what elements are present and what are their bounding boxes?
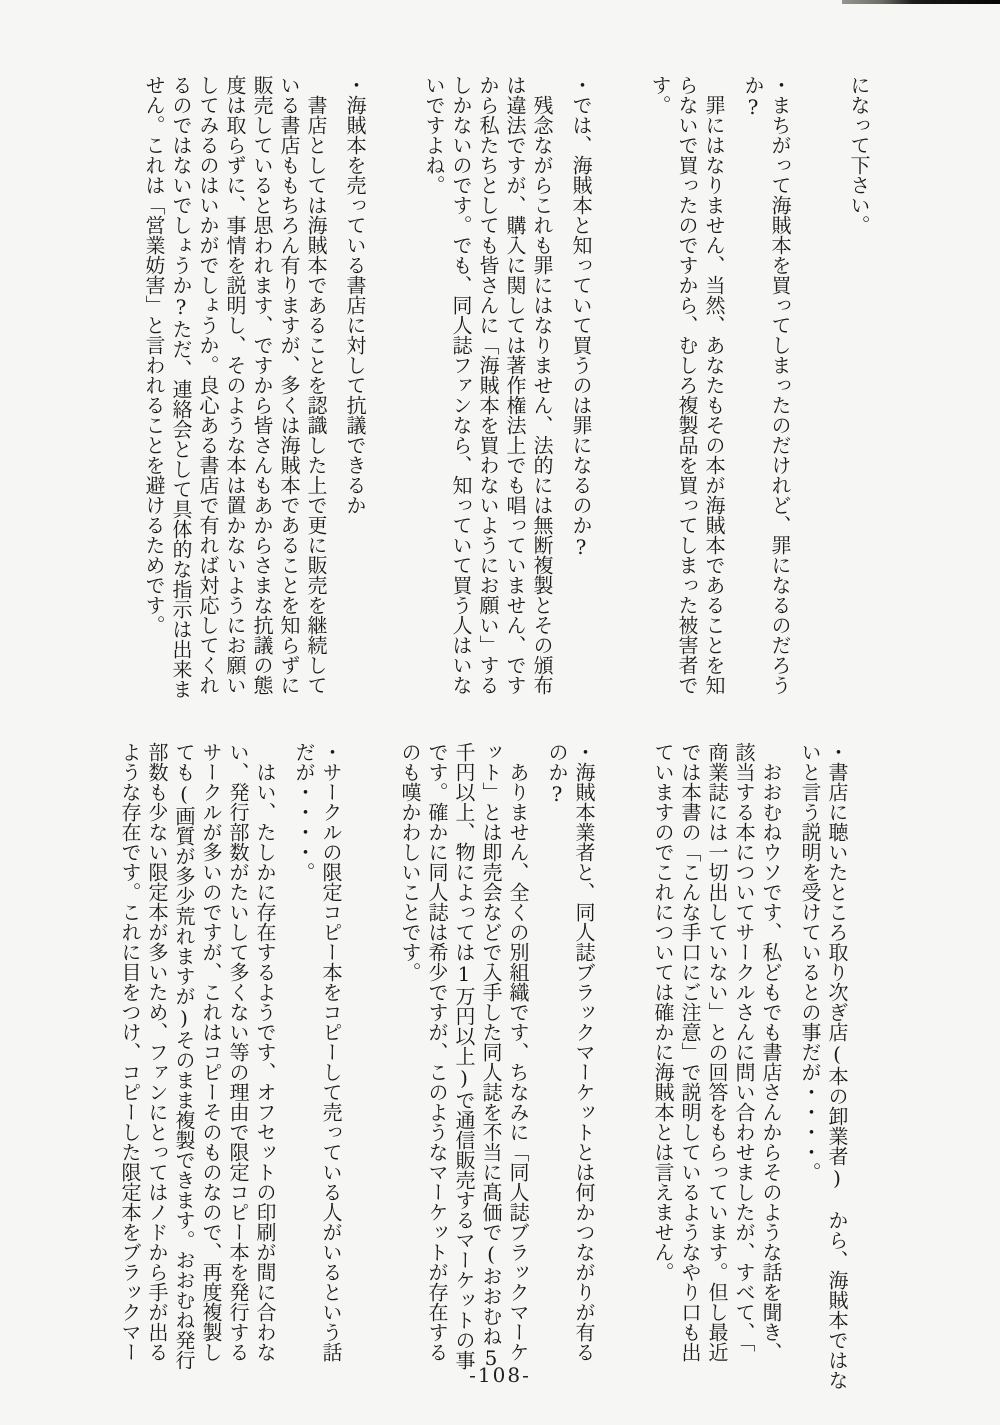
text-column: おおむねウソです、私どもでも書店さんからそのような話を聞き、 [757, 742, 784, 1390]
scan-artifact-bar [842, 0, 1000, 4]
question: ・海賊本を売っている書店に対して抗議できるか [341, 75, 368, 699]
text-column: 残念ながらこれも罪にはなりません、法的には無断複製とその頒布 [528, 75, 555, 699]
text-column: ような存在です。これに目をつけ、コピーした限定本をブラックマー [116, 742, 143, 1390]
text-column: いる書店ももちろん有りますが、多くは海賊本であることを知らずに [275, 75, 302, 699]
text-column: 販売していると思われます、ですから皆さんもあからさまな抗議の態 [248, 75, 275, 699]
question: ・まちがって海賊本を買ってしまったのだけれど、罪になるのだろうか? [739, 75, 793, 699]
text-column: ・海賊本を売っている書店に対して抗議できるか [341, 75, 368, 699]
text-column: 商業誌には一切出していない」との回答をもらっています。但し最近 [703, 742, 730, 1390]
text-column: のも嘆かわしいことです。 [396, 742, 423, 1390]
text-column: ット」とは即売会などで入手した同人誌を不当に髙価で(おおむね5 [477, 742, 504, 1390]
text-column: ありません、全くの別組織です、ちなみに「同人誌ブラックマーケ [504, 742, 531, 1390]
text-column: ・海賊本業者と、同人誌ブラックマーケットとは何かつながりが有る [570, 742, 597, 1390]
text-column: ・まちがって海賊本を買ってしまったのだけれど、罪になるのだろう [766, 75, 793, 699]
text-column: いですよね。 [420, 75, 447, 699]
text-column: はい、たしかに存在するようです、オフセットの印刷が間に合わな [251, 742, 278, 1390]
text-column: 書店としては海賊本であることを認識した上で更に販売を継続して [302, 75, 329, 699]
text-column: から私たちとしても皆さんに「海賊本を買わないようにお願い」する [474, 75, 501, 699]
continuation: になって下さい。 [845, 75, 872, 699]
answer: はい、たしかに存在するようです、オフセットの印刷が間に合わない、発行部数がたいし… [116, 742, 278, 1390]
text-column: らないで買ったのですから、むしろ複製品を買ってしまった被害者で [673, 75, 700, 699]
text-column: 度は取らずに、事情を説明し、そのような本は置かないようにお願い [221, 75, 248, 699]
text-column: せん。これは「営業妨害」と言われることを避けるためです。 [140, 75, 167, 699]
answer: ありません、全くの別組織です、ちなみに「同人誌ブラックマーケット」とは即売会など… [396, 742, 531, 1390]
text-column: ・では、海賊本と知っていて買うのは罪になるのか? [567, 75, 594, 699]
answer: 罪にはなりません、当然、あなたもその本が海賊本であることを知らないで買ったのです… [646, 75, 727, 699]
qa-section-bottom: ・書店に聴いたところ取り次ぎ店(本の卸業者) から、海賊本ではないと言う説明を受… [116, 742, 850, 1390]
text-column: 罪にはなりません、当然、あなたもその本が海賊本であることを知 [700, 75, 727, 699]
text-column: 該当する本についてサークルさんに問い合わせましたが、すべて、「 [730, 742, 757, 1390]
text-column: るのではないでしょうか?ただ、連絡会として具体的な指示は出来ま [167, 75, 194, 699]
text-column: になって下さい。 [845, 75, 872, 699]
text-column: 部数も少ない限定本が多いため、ファンにとってはノドから手が出る [143, 742, 170, 1390]
answer: おおむねウソです、私どもでも書店さんからそのような話を聞き、該当する本についてサ… [649, 742, 784, 1390]
text-column: い、発行部数がたいして多くない等の理由で限定コピー本を発行する [224, 742, 251, 1390]
text-column: です。確かに同人誌は希少ですが、このようなマーケットが存在する [423, 742, 450, 1390]
text-column: では本書の「こんな手口にご注意」で説明しているようなやり口も出 [676, 742, 703, 1390]
qa-section-top: になって下さい。・まちがって海賊本を買ってしまったのだけれど、罪になるのだろうか… [140, 75, 872, 699]
text-column: ・サークルの限定コピー本をコピーして売っている人がいるという話 [317, 742, 344, 1390]
text-column: いと言う説明を受けているとの事だが・・・・。 [796, 742, 823, 1390]
text-column: ても(画質が多少荒れますが)そのまま複製できます。おおむね発行 [170, 742, 197, 1390]
question: ・サークルの限定コピー本をコピーして売っている人がいるという話だが・・・・。 [290, 742, 344, 1390]
text-column: ていますのでこれについては確かに海賊本とは言えません。 [649, 742, 676, 1390]
text-column: しかないのです。でも、同人誌ファンなら、知っていて買う人はいな [447, 75, 474, 699]
text-column: サークルが多いのですが、これはコピーそのものなので、再度複製し [197, 742, 224, 1390]
question: ・書店に聴いたところ取り次ぎ店(本の卸業者) から、海賊本ではないと言う説明を受… [796, 742, 850, 1390]
text-column: か? [739, 75, 766, 699]
answer: 書店としては海賊本であることを認識した上で更に販売を継続している書店ももちろん有… [140, 75, 329, 699]
text-column: す。 [646, 75, 673, 699]
scanned-page: になって下さい。・まちがって海賊本を買ってしまったのだけれど、罪になるのだろうか… [0, 0, 1000, 1425]
text-column: のか? [543, 742, 570, 1390]
text-column: だが・・・・。 [290, 742, 317, 1390]
text-column: は違法ですが、購入に関しては著作権法上でも唱っていません、です [501, 75, 528, 699]
text-column: 千円以上、物によっては1万円以上)で通信販売するマーケットの事 [450, 742, 477, 1390]
answer: 残念ながらこれも罪にはなりません、法的には無断複製とその頒布は違法ですが、購入に… [420, 75, 555, 699]
text-column: してみるのはいかがでしょうか。良心ある書店で有れば対応してくれ [194, 75, 221, 699]
text-column: ・書店に聴いたところ取り次ぎ店(本の卸業者) から、海賊本ではな [823, 742, 850, 1390]
question: ・では、海賊本と知っていて買うのは罪になるのか? [567, 75, 594, 699]
page-number: -108- [0, 1363, 1000, 1387]
question: ・海賊本業者と、同人誌ブラックマーケットとは何かつながりが有るのか? [543, 742, 597, 1390]
